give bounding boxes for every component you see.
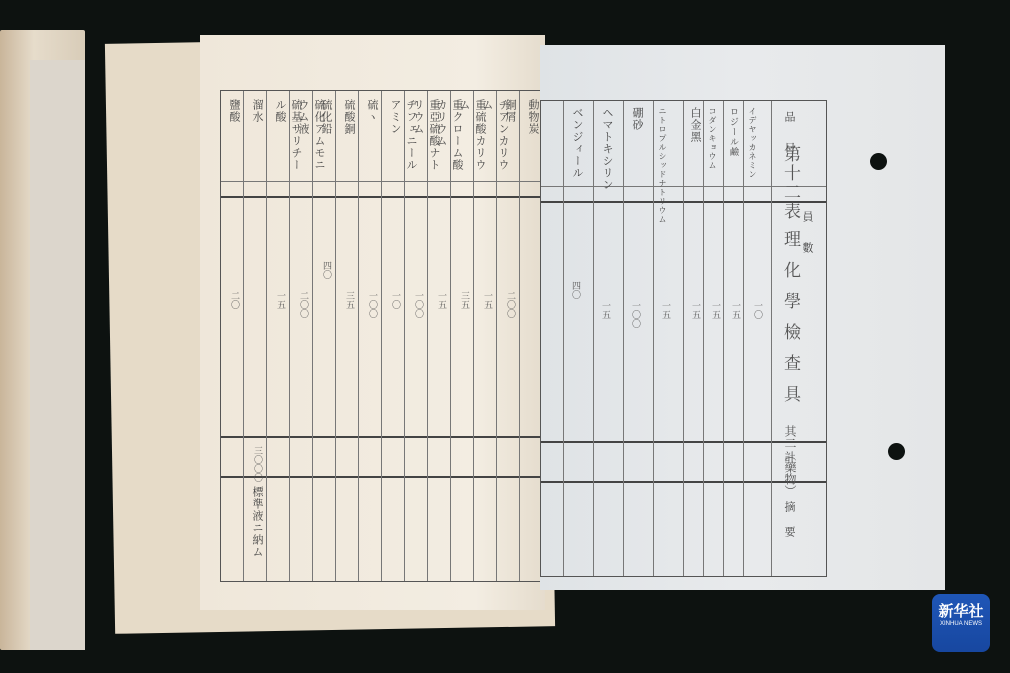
left-page-table: 鹽酸 溜水 硫基サリチール酸 硫化アムモニウム液 硫化鉛 硫酸銅 硫ヽ ヂフェニ… <box>220 90 547 582</box>
item-name: 硫化鉛 <box>318 99 334 179</box>
remark: 標準液ニ納ム <box>249 486 265 558</box>
qty: 一五 <box>729 301 742 319</box>
item-name: 銅屑 <box>502 99 518 179</box>
watermark-cn: 新华社 <box>932 594 990 621</box>
qty: 一〇〇 <box>629 301 642 328</box>
qty: 一〇 <box>751 301 764 319</box>
qty: 一五 <box>689 301 702 319</box>
qty: 一〇〇 <box>412 291 425 318</box>
watermark-en: XINHUA NEWS <box>932 621 990 627</box>
qty: 三五 <box>458 291 471 309</box>
item-name: 鹽酸 <box>226 99 242 179</box>
item-name: 硫酸銅 <box>341 99 357 179</box>
item-name: 硼砂 <box>629 107 645 131</box>
document-title: 理化學檢查具 <box>778 230 803 416</box>
item-name: 動物炭 <box>525 99 541 179</box>
item-name: 白金黑 <box>687 107 703 143</box>
qty: 三五 <box>343 291 356 309</box>
binding-hole <box>870 153 887 170</box>
qty: 一五 <box>481 291 494 309</box>
qty: 一五 <box>709 301 722 319</box>
item-name: 硫ヽ <box>364 99 380 179</box>
xinhua-watermark-logo: 新华社 XINHUA NEWS <box>932 594 990 652</box>
qty: 一〇 <box>389 291 402 309</box>
table-number: 第十二表 <box>778 145 803 221</box>
item-name: コダンキョウム <box>707 107 718 170</box>
item-name: イデヤッカネミン <box>747 107 758 179</box>
item-name: ベンジィール <box>569 107 585 179</box>
header-remarks: 摘要 <box>781 501 797 551</box>
qty: 一五 <box>435 291 448 309</box>
qty: 四〇 <box>320 261 333 279</box>
qty: 二〇 <box>228 291 241 309</box>
total: 三〇〇〇 <box>251 446 264 482</box>
qty: 一五 <box>599 301 612 319</box>
qty: 二〇〇 <box>504 291 517 318</box>
left-page: 鹽酸 溜水 硫基サリチール酸 硫化アムモニウム液 硫化鉛 硫酸銅 硫ヽ ヂフェニ… <box>200 35 545 610</box>
item-name: ロジール鹼 <box>727 107 740 157</box>
qty: 一五 <box>659 301 672 319</box>
binding-hole <box>888 443 905 460</box>
qty: 二〇〇 <box>297 291 310 318</box>
background-paper-sheet <box>30 60 85 650</box>
qty: 一五 <box>274 291 287 309</box>
right-page: ベンジィール ヘマトキシリン 硼砂 ニトロプルシッドナトリウム 白金黑 コダンキ… <box>540 45 945 590</box>
item-name: ニトロプルシッドナトリウム <box>657 107 668 224</box>
qty: 一〇〇 <box>366 291 379 318</box>
item-name: ヘマトキシリン <box>599 107 615 191</box>
document-category: 其二（藥物） <box>782 425 799 497</box>
item-name: 溜水 <box>249 99 265 179</box>
qty: 四〇 <box>569 281 582 299</box>
